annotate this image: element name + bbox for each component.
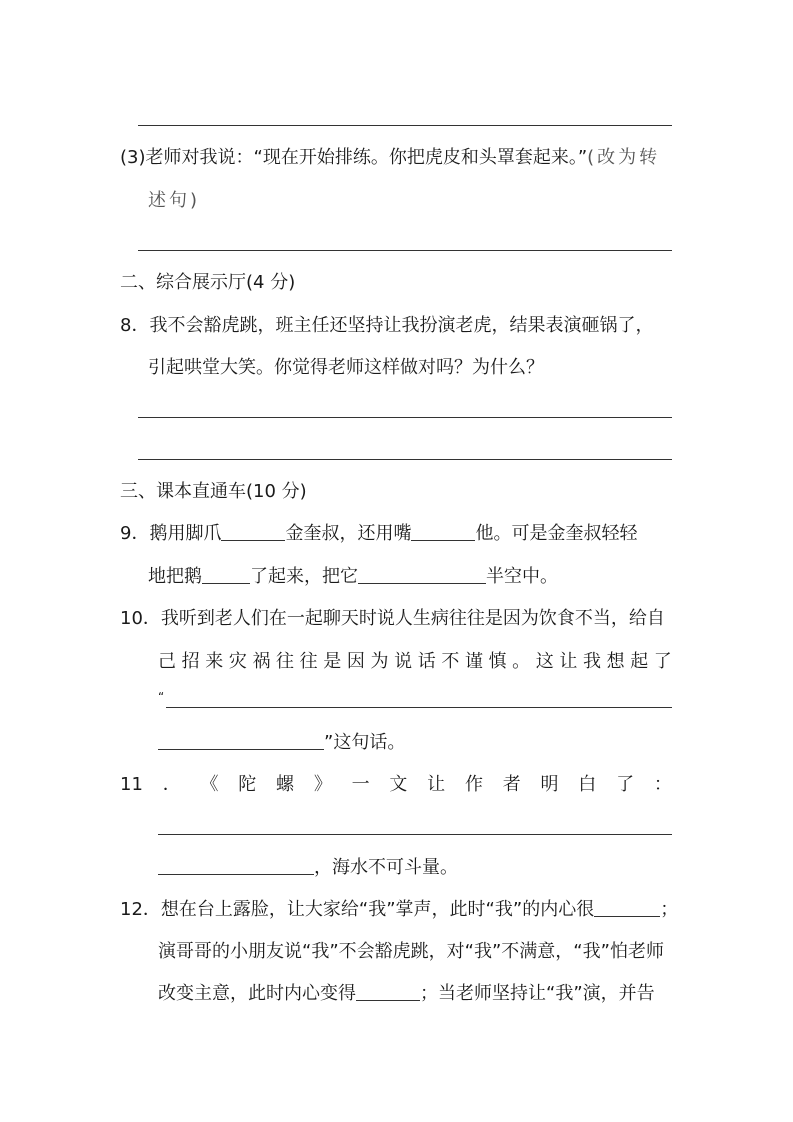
char: 想 — [607, 647, 625, 677]
char: 者 — [503, 770, 521, 800]
question-12-text: ； — [660, 899, 678, 920]
char: 明 — [541, 770, 559, 800]
section-2-title: 二、综合展示厅(4 分) — [120, 268, 672, 298]
question-12-text: 改变主意，此时内心变得 — [158, 983, 356, 1004]
char: 话 — [418, 647, 436, 677]
char: 招 — [182, 647, 200, 677]
char: 起 — [630, 647, 648, 677]
open-quote: “ — [158, 690, 164, 704]
char: 因 — [347, 647, 365, 677]
fill-blank[interactable] — [202, 565, 250, 584]
question-10-line4: ”这句话。 — [158, 728, 710, 758]
question-9-text: 地把鹅 — [148, 566, 202, 587]
char: 一 — [352, 770, 370, 800]
fill-blank[interactable] — [158, 731, 324, 750]
worksheet-page: (3)老师对我说：“现在开始排练。你把虎皮和头罩套起来。”(改为转 述句) 二、… — [0, 0, 793, 1122]
question-9-text: 了起来，把它 — [250, 566, 358, 587]
answer-line[interactable] — [166, 707, 672, 708]
answer-line[interactable] — [138, 417, 672, 418]
char: 陀 — [238, 770, 256, 800]
answer-line[interactable] — [138, 459, 672, 460]
fill-blank[interactable] — [158, 856, 314, 875]
char: 祸 — [252, 647, 270, 677]
fill-blank[interactable] — [221, 522, 285, 541]
answer-line[interactable] — [138, 125, 672, 126]
char: 》 — [314, 770, 332, 800]
char: 往 — [300, 647, 318, 677]
question-12-text: ；当老师坚持让“我”演，并告 — [420, 983, 655, 1004]
question-9-text: 金奎叔，还用嘴 — [285, 523, 411, 544]
answer-line[interactable] — [158, 834, 672, 835]
char: 不 — [441, 647, 459, 677]
question-7-3-text: (3)老师对我说：“现在开始排练。你把虎皮和头罩套起来。” — [120, 147, 587, 168]
char: 了 — [616, 770, 634, 800]
question-8-line1: 8．我不会豁虎跳，班主任还坚持让我扮演老虎，结果表演砸锅了， — [120, 311, 672, 341]
question-9-text: 他。可是金奎叔轻轻 — [475, 523, 637, 544]
answer-line[interactable] — [138, 250, 672, 251]
question-12-line3: 改变主意，此时内心变得；当老师坚持让“我”演，并告 — [158, 979, 672, 1009]
question-10-line1: 10．我听到老人们在一起聊天时说人生病往往是因为饮食不当，给自 — [120, 604, 672, 634]
char: ． — [163, 770, 181, 800]
char: 。 — [512, 647, 530, 677]
question-9-text: 鹅用脚爪 — [149, 523, 221, 544]
question-12-line1: 12．想在台上露脸，让大家给“我”掌声，此时“我”的内心很； — [120, 895, 672, 925]
char: 慎 — [489, 647, 507, 677]
char: 文 — [389, 770, 407, 800]
char: 灾 — [229, 647, 247, 677]
question-9-line2: 地把鹅了起来，把它半空中。 — [148, 562, 662, 592]
question-12-text: 12．想在台上露脸，让大家给“我”掌声，此时“我”的内心很 — [120, 899, 594, 920]
char: 是 — [323, 647, 341, 677]
question-9-line1: 9．鹅用脚爪金奎叔，还用嘴他。可是金奎叔轻轻 — [120, 519, 672, 549]
char: 《 — [200, 770, 218, 800]
fill-blank[interactable] — [411, 522, 475, 541]
char: 作 — [465, 770, 483, 800]
question-7-3-hint-cont: 述句) — [148, 190, 200, 211]
char: 这 — [536, 647, 554, 677]
char: 为 — [370, 647, 388, 677]
question-7-3-line2: 述句) — [148, 186, 662, 216]
char: 螺 — [276, 770, 294, 800]
char: 我 — [583, 647, 601, 677]
char: 己 — [158, 647, 176, 677]
question-9-num: 9． — [120, 523, 149, 544]
question-9-text: 半空中。 — [486, 566, 558, 587]
question-11-tail: ，海水不可斗量。 — [314, 857, 458, 878]
question-11-line1: 11．《陀螺》一文让作者明白了： — [120, 770, 672, 800]
question-7-3-hint: (改为转 — [587, 147, 660, 168]
question-8-line2: 引起哄堂大笑。你觉得老师这样做对吗？为什么？ — [148, 353, 662, 383]
question-11-line3: ，海水不可斗量。 — [158, 853, 710, 883]
char: 来 — [205, 647, 223, 677]
char: ： — [654, 770, 672, 800]
fill-blank[interactable] — [356, 982, 420, 1001]
char: 往 — [276, 647, 294, 677]
fill-blank[interactable] — [358, 565, 486, 584]
question-10-line2: 己招来灾祸往往是因为说话不谨慎。这让我想起了 — [158, 647, 672, 677]
char: 让 — [559, 647, 577, 677]
question-10-tail: ”这句话。 — [324, 732, 405, 753]
section-3-title: 三、课本直通车(10 分) — [120, 477, 672, 507]
char: 让 — [427, 770, 445, 800]
char: 白 — [578, 770, 596, 800]
char: 了 — [654, 647, 672, 677]
question-7-3-line1: (3)老师对我说：“现在开始排练。你把虎皮和头罩套起来。”(改为转 — [120, 143, 672, 173]
fill-blank[interactable] — [594, 898, 660, 917]
question-12-line2: 演哥哥的小朋友说“我”不会豁虎跳，对“我”不满意，“我”怕老师 — [158, 937, 672, 967]
char: 说 — [394, 647, 412, 677]
char: 11 — [120, 770, 143, 800]
char: 谨 — [465, 647, 483, 677]
